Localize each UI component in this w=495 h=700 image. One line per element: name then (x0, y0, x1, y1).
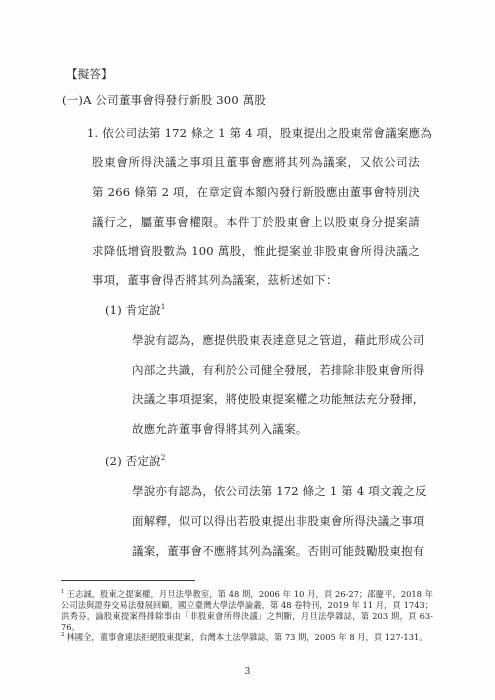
footnote-line: 公司法與證券交易法發展回顧，國立臺灣大學法學論叢，第 48 卷特刊，2019 年… (61, 600, 433, 611)
body-line: 故應允許董事會得將其列入議案。 (132, 414, 308, 444)
body-line: 學說亦有認為，依公司法第 172 條之 1 第 4 項文義之反 (132, 476, 420, 506)
body-line: 決議之事項提案，將使股東提案權之功能無法充分發揮， (132, 384, 420, 414)
body-line: 1. 依公司法第 172 條之 1 第 4 項，股東提出之股東常會議案應為 (87, 118, 420, 148)
footnote-marker-2: 2 (61, 632, 65, 638)
footnote-ref-1: 1 (161, 303, 166, 311)
subpoint-pro-text: (1) 肯定說 (105, 303, 161, 317)
footnote-text: 林國全，董事會違法拒絕股東提案，台灣本土法學雜誌，第 73 期，2005 年 8… (67, 632, 428, 642)
body-line: 事項，董事會得否將其列為議案，茲析述如下： (92, 265, 338, 295)
footnote-text: 王志誠，股東之提案權，月旦法學教室，第 48 期，2006 年 10 月，頁 2… (67, 589, 434, 599)
body-line: 第 266 條第 2 項，在章定資本額內發行新股應由董事會特別決 (92, 177, 420, 207)
footnote-line: 2林國全，董事會違法拒絕股東提案，台灣本土法學雜誌，第 73 期，2005 年 … (61, 632, 433, 643)
body-line: 求降低增資股數為 100 萬股，惟此提案並非股東會所得決議之 (92, 236, 420, 266)
body-line: 面解釋，似可以得出若股東提出非股東會所得決議之事項 (132, 506, 420, 536)
footnote-separator (61, 580, 195, 581)
footnote-line: 洪秀芬，論股東提案得排除事由「非股東會所得決議」之判斷，月旦法學雜誌，第 203… (61, 611, 433, 622)
body-line: 股東會所得決議之事項且董事會應將其列為議案，又依公司法 (92, 147, 420, 177)
subpoint-pro-label: (1) 肯定說1 (105, 295, 166, 325)
body-line: 議案，董事會不應將其列為議案。否則可能鼓勵股東抱有 (132, 536, 420, 566)
body-line: 議行之，屬董事會權限。本件丁於股東會上以股東身分提案請 (92, 207, 420, 237)
footnote-line: 1王志誠，股東之提案權，月旦法學教室，第 48 期，2006 年 10 月，頁 … (61, 589, 433, 600)
document-page: 【擬答】 (一)A 公司董事會得發行新股 300 萬股 1. 依公司法第 172… (0, 0, 495, 700)
subpoint-con-text: (2) 否定說 (105, 454, 161, 468)
body-line: 內部之共識，有利於公司健全發展，若排除非股東會所得 (132, 355, 420, 385)
subpoint-con-label: (2) 否定說2 (105, 446, 166, 476)
body-line: 學說有認為，應提供股東表達意見之管道，藉此形成公司 (132, 325, 420, 355)
page-number: 3 (0, 666, 495, 678)
footnote-marker-1: 1 (61, 589, 65, 595)
section-heading: (一)A 公司董事會得發行新股 300 萬股 (62, 85, 266, 115)
footnote-ref-2: 2 (161, 454, 166, 462)
